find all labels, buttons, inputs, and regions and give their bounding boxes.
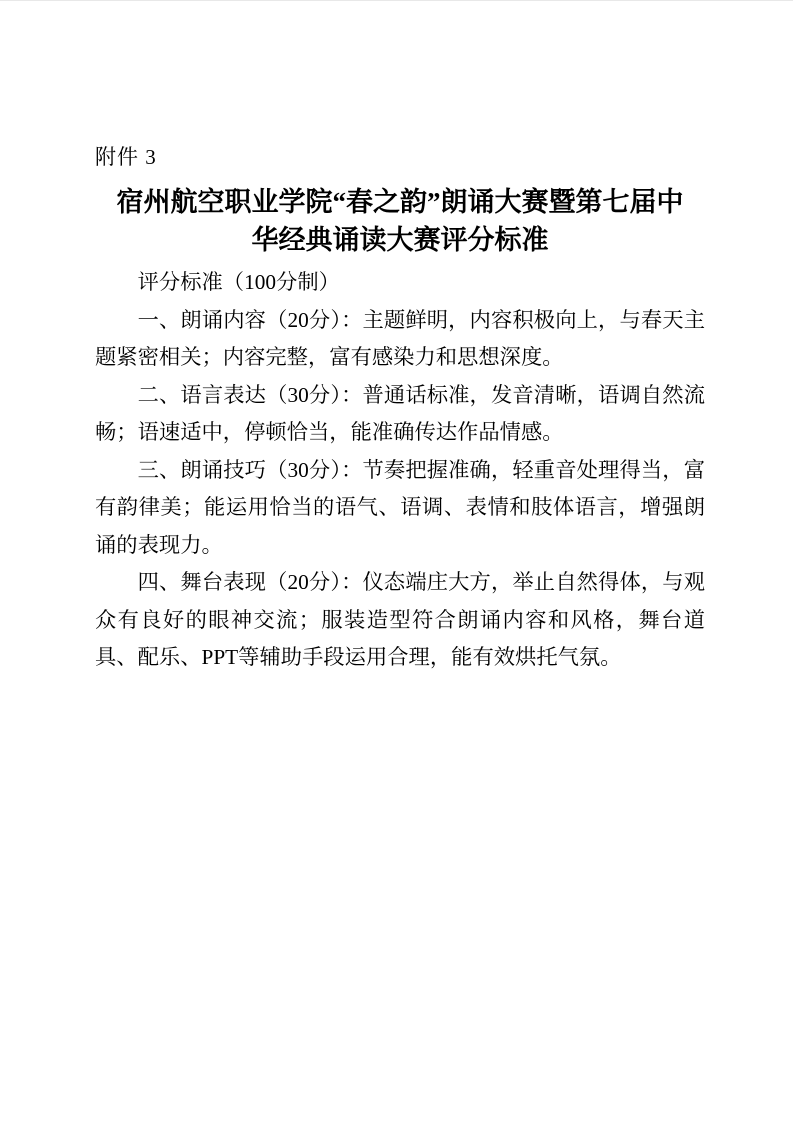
scoring-subtitle: 评分标准（100分制） [95,264,705,302]
document-title-line-1: 宿州航空职业学院“春之韵”朗诵大赛暨第七届中 [95,184,705,222]
attachment-label: 附件 3 [95,142,705,172]
document-content: 附件 3 宿州航空职业学院“春之韵”朗诵大赛暨第七届中 华经典诵读大赛评分标准 … [95,142,705,677]
document-title: 宿州航空职业学院“春之韵”朗诵大赛暨第七届中 华经典诵读大赛评分标准 [95,184,705,259]
document-title-line-2: 华经典诵读大赛评分标准 [95,222,705,260]
document-page: 附件 3 宿州航空职业学院“春之韵”朗诵大赛暨第七届中 华经典诵读大赛评分标准 … [0,0,793,1122]
criterion-recitation-content: 一、朗诵内容（20分）：主题鲜明，内容积极向上，与春天主题紧密相关；内容完整，富… [95,302,705,377]
criterion-recitation-technique: 三、朗诵技巧（30分）：节奏把握准确，轻重音处理得当，富有韵律美；能运用恰当的语… [95,452,705,565]
criterion-stage-performance: 四、舞台表现（20分）：仪态端庄大方，举止自然得体，与观众有良好的眼神交流；服装… [95,564,705,677]
criterion-language-expression: 二、语言表达（30分）：普通话标准，发音清晰，语调自然流畅；语速适中，停顿恰当，… [95,377,705,452]
